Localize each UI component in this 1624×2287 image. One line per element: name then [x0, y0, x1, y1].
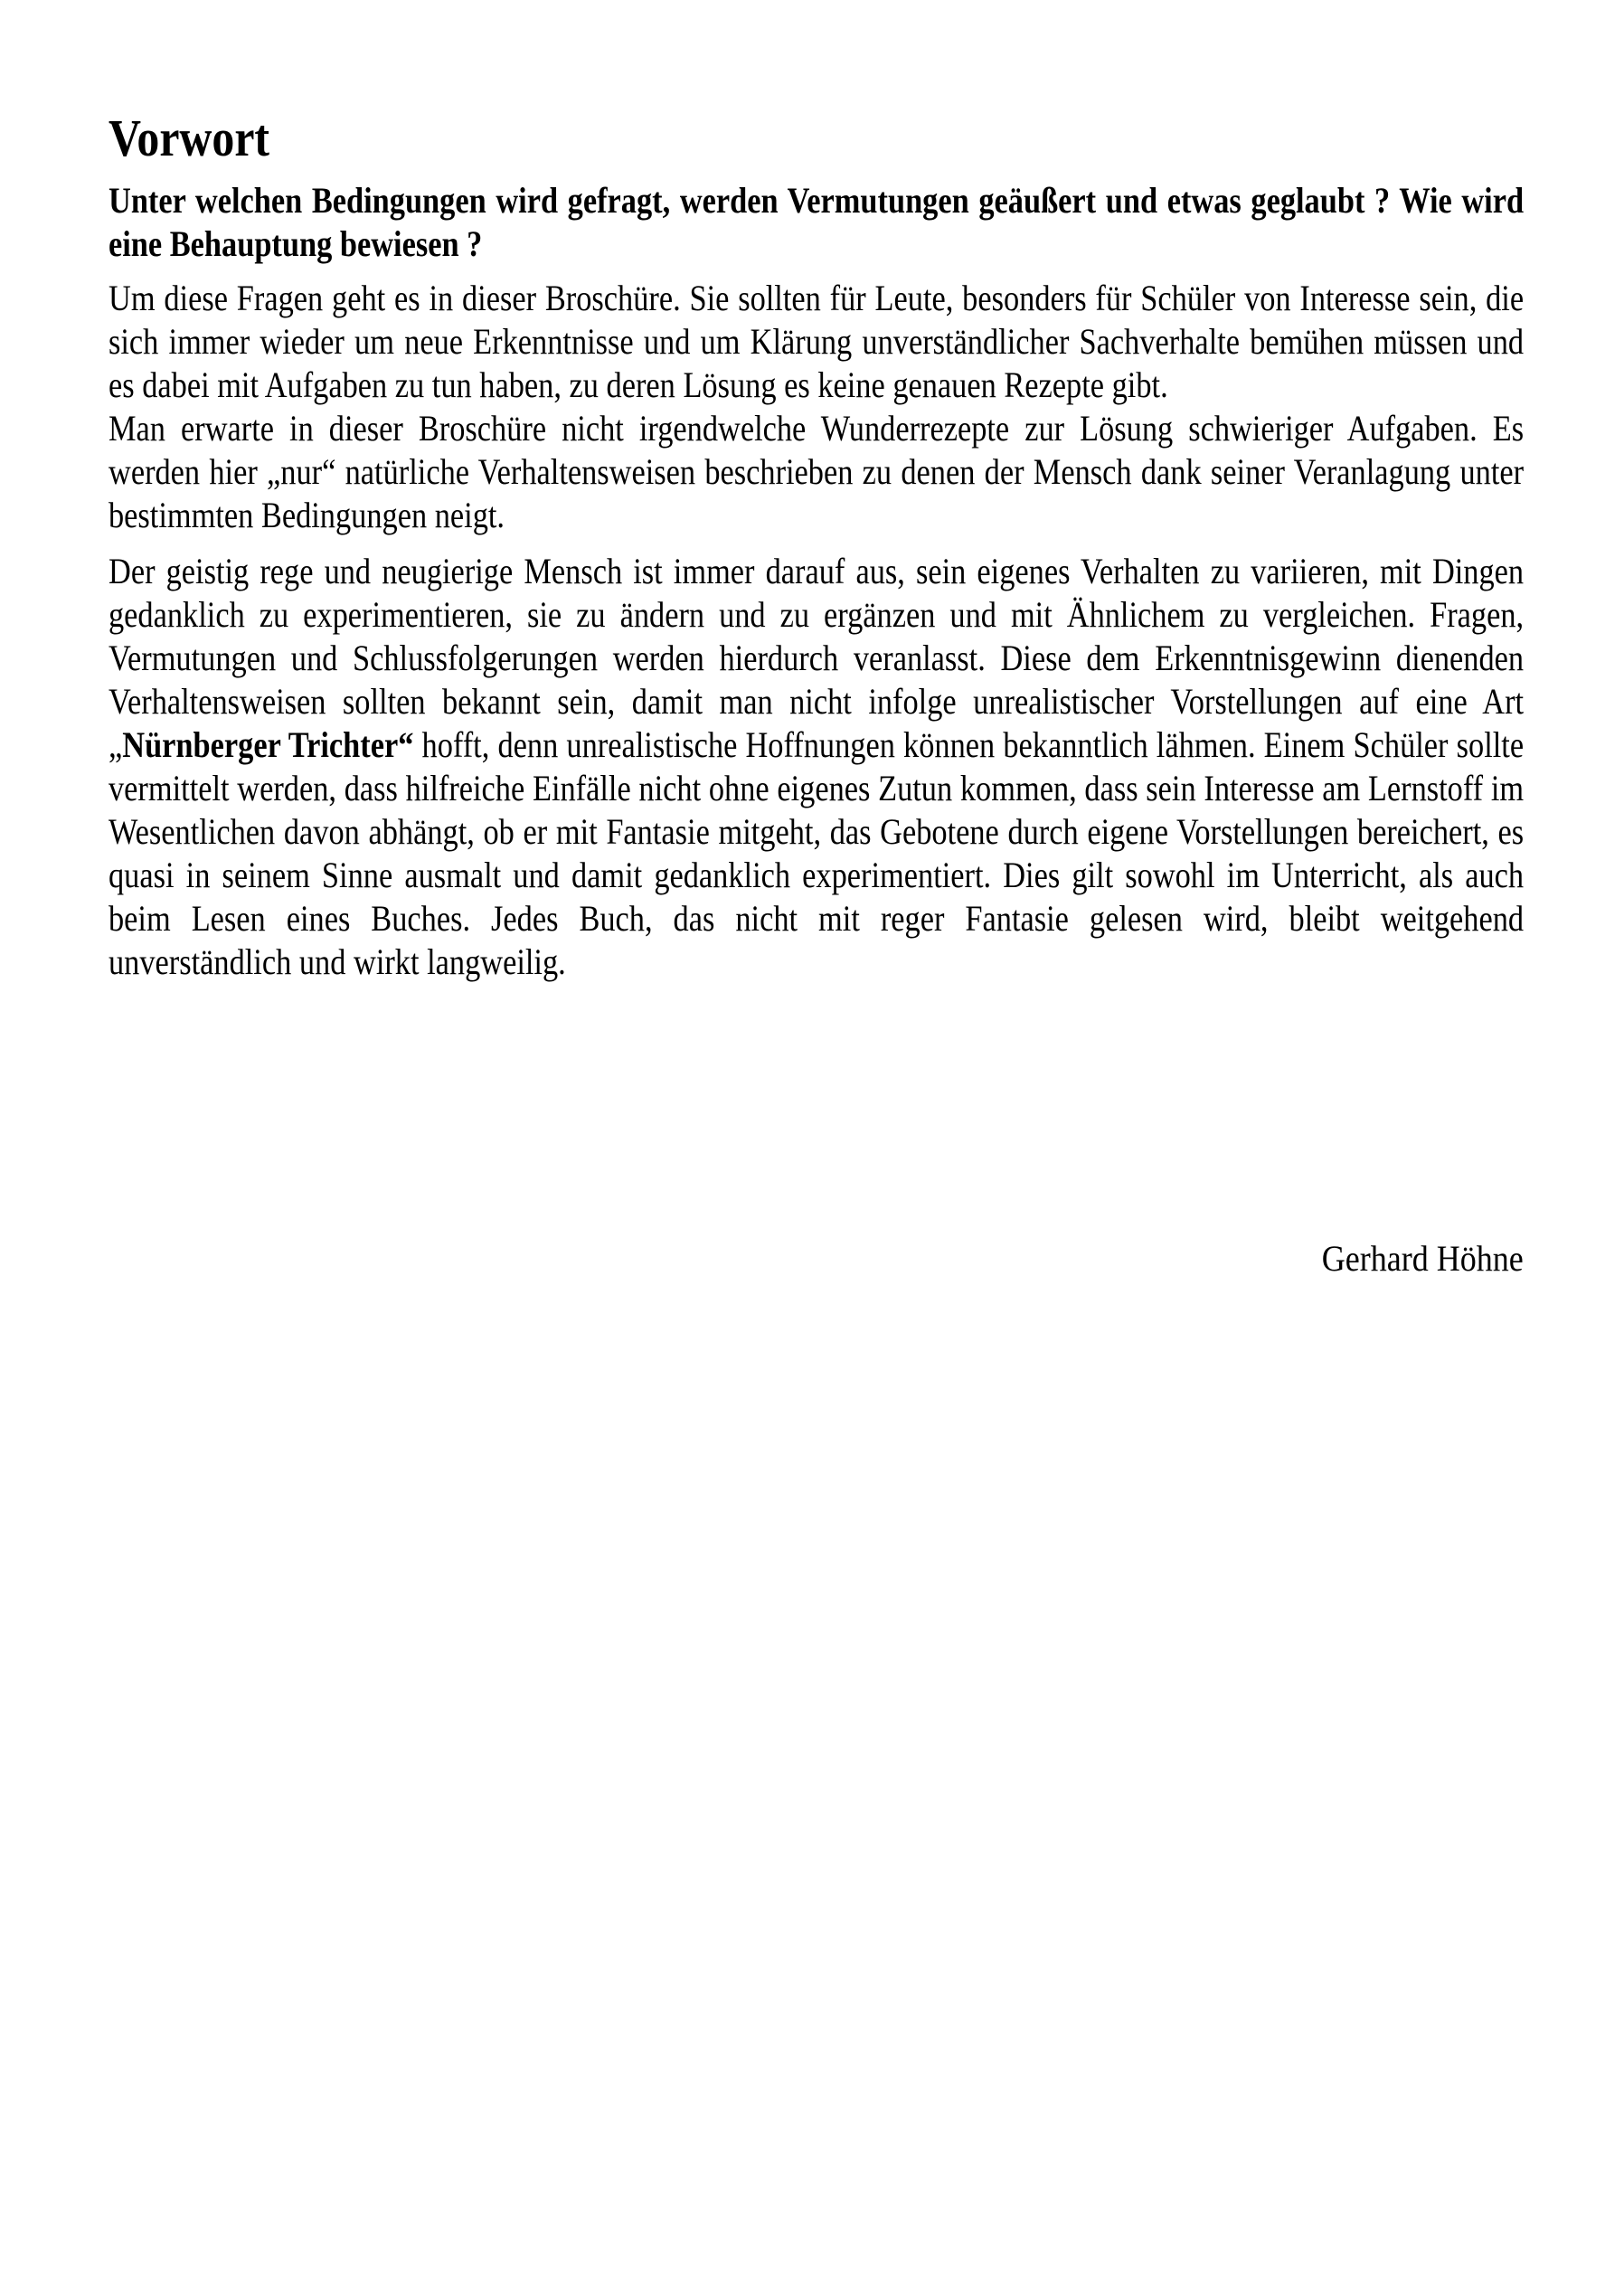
document-page: Vorwort Unter welchen Bedingungen wird g… — [0, 0, 1624, 2287]
paragraph-2: Man erwarte in dieser Broschüre nicht ir… — [109, 407, 1524, 537]
lead-question: Unter welchen Bedingungen wird gefragt, … — [109, 179, 1524, 266]
page-title: Vorwort — [109, 107, 1524, 170]
paragraph-1: Um diese Fragen geht es in dieser Brosch… — [109, 277, 1524, 407]
author-signature: Gerhard Höhne — [1322, 1237, 1524, 1281]
document-body: Vorwort Unter welchen Bedingungen wird g… — [109, 107, 1524, 984]
text-block: Vorwort Unter welchen Bedingungen wird g… — [109, 107, 1524, 984]
emphasis-nuernberger-trichter: Nürnberger Trichter“ — [122, 724, 413, 765]
paragraph-3: Der geistig rege und neugierige Mensch i… — [109, 550, 1524, 984]
